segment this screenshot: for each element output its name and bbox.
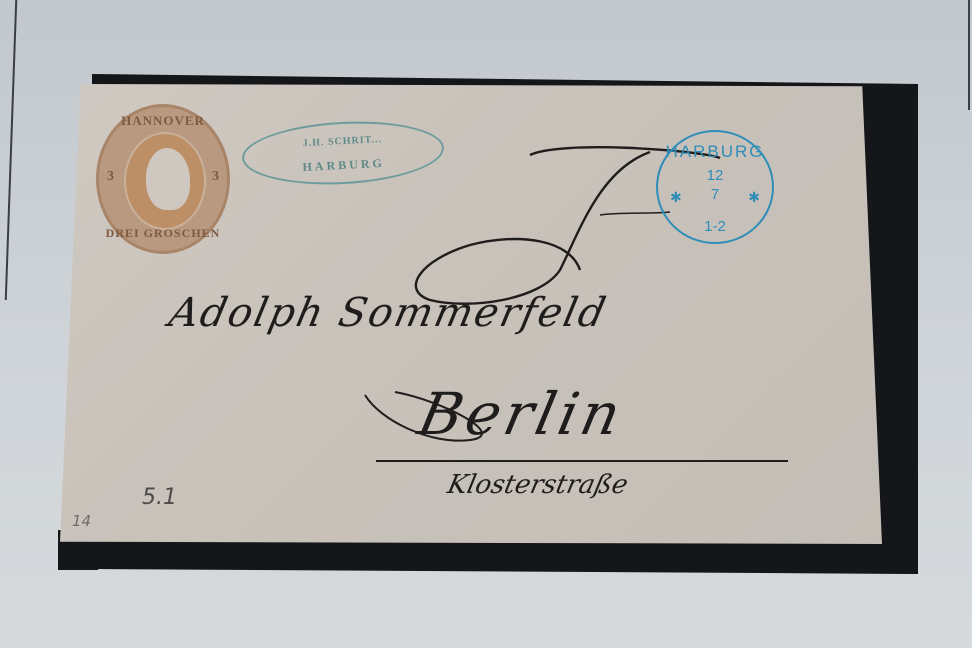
harburg-postmark: HARBURG 12 7 ✱ ✱ 1-2 <box>656 130 774 244</box>
pencil-note-left: 14 <box>72 512 91 530</box>
postmark-town: HARBURG <box>658 142 772 162</box>
pencil-note-middle: 5.1 <box>142 485 177 510</box>
street-address: Klosterstraße <box>445 470 631 500</box>
addressee-name: Adolph Sommerfeld <box>165 290 611 336</box>
album-page: HANNOVER 3 3 DREI GROSCHEN J.H. SCHRIT..… <box>0 0 972 648</box>
destination-city: Berlin <box>413 380 631 448</box>
postmark-day: 12 <box>658 166 772 185</box>
star-icon: ✱ <box>670 190 682 207</box>
postmark-time: 1-2 <box>658 218 772 235</box>
city-underline <box>376 460 788 462</box>
star-icon: ✱ <box>748 190 760 207</box>
